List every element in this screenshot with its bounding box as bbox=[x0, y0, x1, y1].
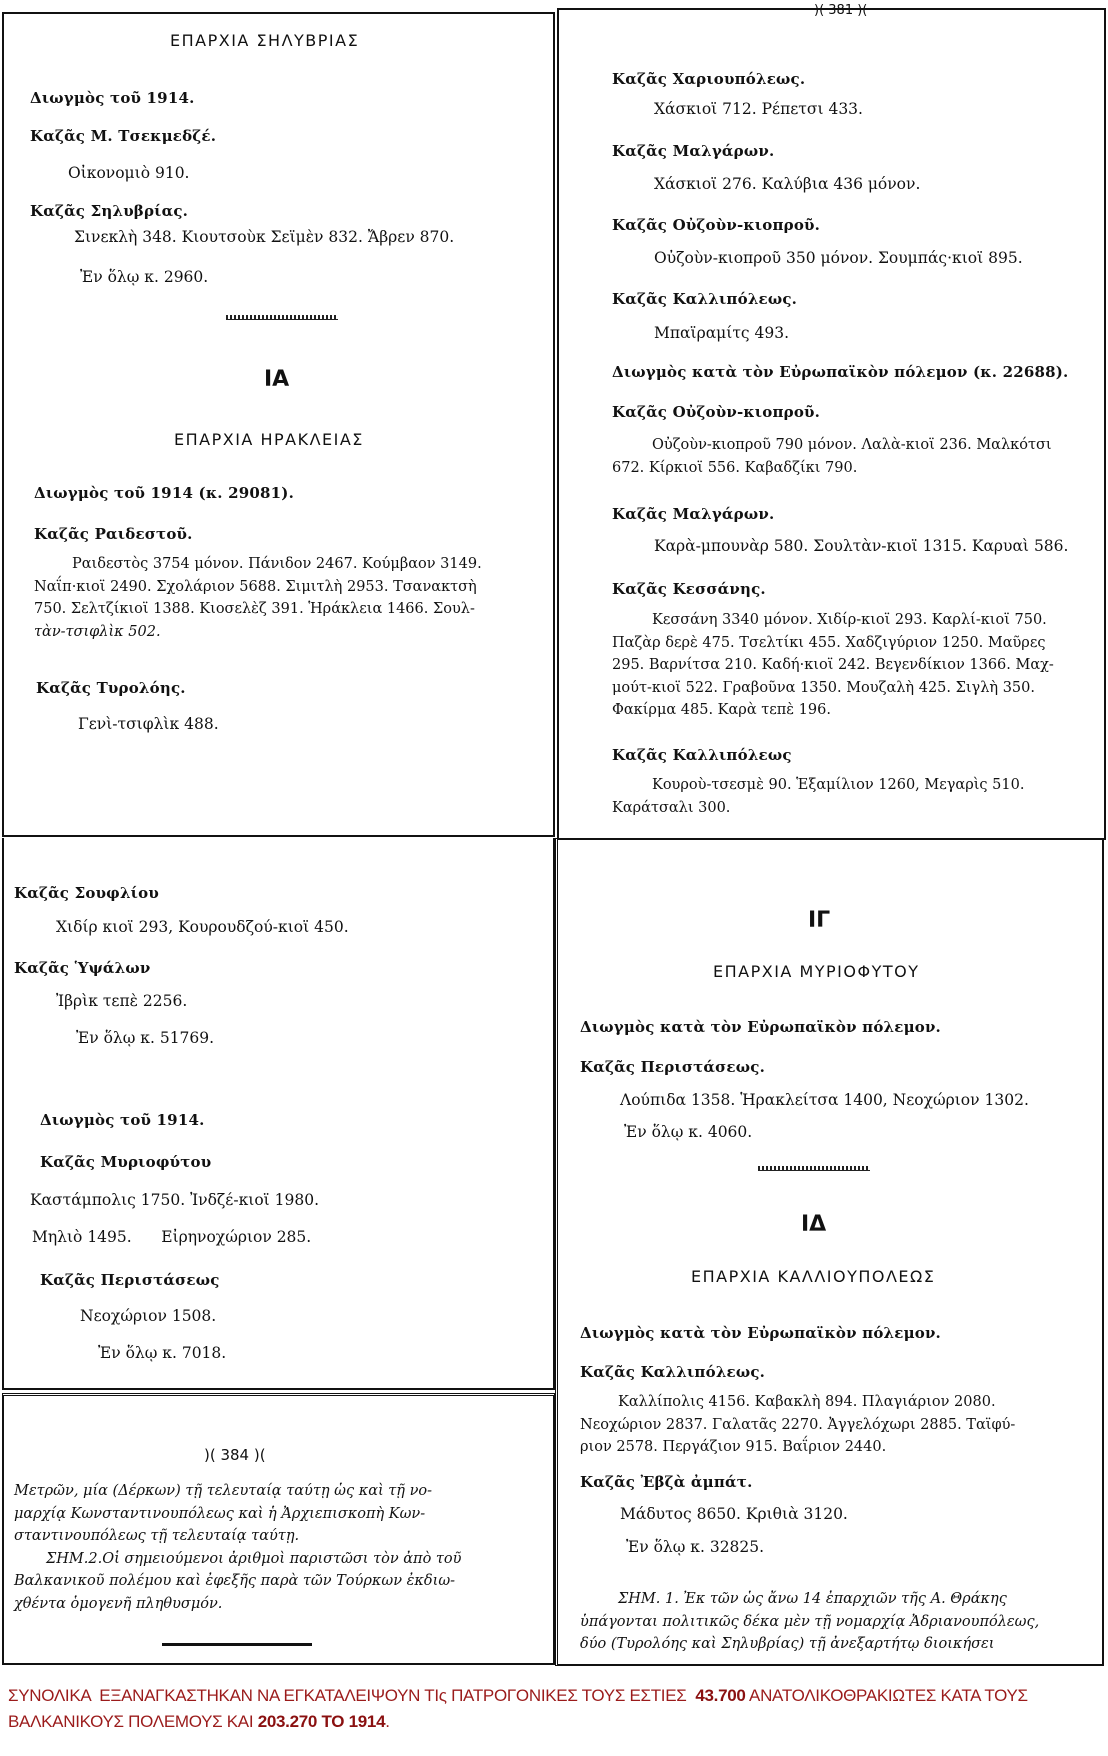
kaza-heading: Καζᾶς Σηλυβρίας. bbox=[30, 201, 188, 221]
kaza-heading: Καζᾶς Σουφλίου bbox=[14, 883, 159, 903]
caption-number-balkan: 43.700 bbox=[695, 1686, 745, 1705]
kaza-heading: Καζᾶς Ἐβζὰ ἀμπάτ. bbox=[580, 1472, 753, 1492]
caption-number-1914: 203.270 ΤΟ 1914 bbox=[258, 1712, 386, 1731]
kaza-villages: Σινεκλὴ 348. Κιουτσοὺκ Σεϊμὲν 832. Ἄβρεν… bbox=[74, 227, 454, 247]
section-numeral: ΙΔ bbox=[801, 1212, 826, 1237]
summary-caption: ΣΥΝΟΛΙΚΑ ΕΞΑΝΑΓΚΑΣΤΗΚΑΝ ΝΑ ΕΓΚΑΤΑΛΕΙΨΟΥΝ… bbox=[8, 1683, 1103, 1735]
persecution-heading: Διωγμὸς κατὰ τὸν Εὐρωπαϊκὸν πόλεμον. bbox=[580, 1323, 941, 1343]
kaza-heading: Καζᾶς Χαριουπόλεως. bbox=[612, 69, 805, 89]
page-number: )( 384 )( bbox=[204, 1446, 266, 1464]
persecution-heading: Διωγμὸς τοῦ 1914. bbox=[30, 88, 195, 108]
kaza-villages: Χάσκιοϊ 276. Καλύβια 436 μόνον. bbox=[654, 174, 920, 194]
eparchy-title-kallioupolis: ΕΠΑΡΧΙΑ ΚΑΛΛΙΟΥΠΟΛΕΩΣ bbox=[691, 1267, 935, 1286]
kaza-heading: Καζᾶς Μ. Τσεκμεδζέ. bbox=[30, 126, 216, 146]
kaza-villages: Μπαϊραμίτς 493. bbox=[654, 323, 789, 343]
kaza-villages: Γενὶ-τσιφλὶκ 488. bbox=[78, 714, 219, 734]
kaza-villages: Οἰκονομιὸ 910. bbox=[68, 163, 189, 183]
panel-bottom-right: ΙΓ ΕΠΑΡΧΙΑ ΜΥΡΙΟΦΥΤΟΥ Διωγμὸς κατὰ τὸν Ε… bbox=[555, 838, 1104, 1666]
kaza-heading: Καζᾶς Οὐζοὺν-κιοπροῦ. bbox=[612, 402, 820, 422]
kaza-heading: Καζᾶς Τυρολόης. bbox=[36, 678, 186, 698]
divider-wavy bbox=[758, 1166, 870, 1171]
eparchy-title-silyvria: ΕΠΑΡΧΙΑ ΣΗΛΥΒΡΙΑΣ bbox=[170, 31, 359, 50]
kaza-heading: Καζᾶς Καλλιπόλεως. bbox=[580, 1362, 765, 1382]
section-numeral: ΙΑ bbox=[264, 367, 289, 392]
persecution-heading: Διωγμὸς κατὰ τὸν Εὐρωπαϊκὸν πόλεμον. bbox=[580, 1017, 941, 1037]
page-number: )( 381 )( bbox=[814, 3, 867, 18]
total-count: Ἐν ὅλῳ κ. 51769. bbox=[76, 1028, 214, 1048]
panel-silyvria-iraklia: ΕΠΑΡΧΙΑ ΣΗΛΥΒΡΙΑΣ Διωγμὸς τοῦ 1914. Καζᾶ… bbox=[2, 12, 555, 837]
caption-text: . bbox=[385, 1712, 389, 1731]
kaza-heading: Καζᾶς Μυριοφύτου bbox=[40, 1152, 211, 1172]
section-numeral: ΙΓ bbox=[808, 908, 830, 933]
kaza-villages: Κουροὺ-τσεσμὲ 90. Ἑξαμίλιον 1260, Μεγαρὶ… bbox=[612, 774, 1024, 819]
kaza-heading: Καζᾶς Μαλγάρων. bbox=[612, 504, 774, 524]
kaza-heading: Καζᾶς Ὑψάλων bbox=[14, 958, 150, 978]
kaza-heading: Καζᾶς Περιστάσεως. bbox=[580, 1057, 765, 1077]
kaza-villages: Καλλίπολις 4156. Καβακλὴ 894. Πλαγιάριον… bbox=[580, 1391, 1015, 1459]
divider-wavy bbox=[226, 315, 338, 320]
footnote-paragraph: ΣΗΜ. 1. Ἐκ τῶν ὡς ἄνω 14 ἐπαρχιῶν τῆς Α.… bbox=[580, 1588, 1039, 1656]
kaza-heading: Καζᾶς Οὐζοὺν-κιοπροῦ. bbox=[612, 215, 820, 235]
panel-bottom-left: )( 384 )( Μετρῶν, μία (Δέρκων) τῇ τελευτ… bbox=[2, 1393, 555, 1665]
divider-rule bbox=[162, 1643, 312, 1646]
kaza-heading: Καζᾶς Καλλιπόλεως bbox=[612, 745, 792, 765]
footnote-paragraph: Μετρῶν, μία (Δέρκων) τῇ τελευταίᾳ ταύτῃ … bbox=[14, 1480, 461, 1615]
kaza-villages: Μάδυτος 8650. Κριθιὰ 3120. bbox=[620, 1504, 848, 1524]
persecution-heading: Διωγμὸς κατὰ τὸν Εὐρωπαϊκὸν πόλεμον (κ. … bbox=[612, 362, 1068, 382]
kaza-villages: Οὐζοὺν-κιοπροῦ 790 μόνον. Λαλὰ-κιοϊ 236.… bbox=[612, 434, 1052, 479]
kaza-heading: Καζᾶς Καλλιπόλεως. bbox=[612, 289, 797, 309]
panel-top-right: )( 381 )( Καζᾶς Χαριουπόλεως. Χάσκιοϊ 71… bbox=[557, 8, 1106, 840]
kaza-villages: Χιδίρ κιοϊ 293, Κουρουδζού-κιοϊ 450. bbox=[56, 917, 349, 937]
total-count: Ἐν ὅλῳ κ. 32825. bbox=[626, 1537, 764, 1557]
kaza-villages: Νεοχώριον 1508. bbox=[80, 1306, 216, 1326]
kaza-heading: Καζᾶς Μαλγάρων. bbox=[612, 141, 774, 161]
total-count: Ἐν ὅλῳ κ. 2960. bbox=[80, 267, 208, 287]
total-count: Ἐν ὅλῳ κ. 4060. bbox=[624, 1122, 752, 1142]
kaza-heading: Καζᾶς Ραιδεστοῦ. bbox=[34, 524, 193, 544]
persecution-heading: Διωγμὸς τοῦ 1914 (κ. 29081). bbox=[34, 483, 294, 503]
kaza-villages: Ραιδεστὸς 3754 μόνον. Πάνιδον 2467. Κούμ… bbox=[34, 553, 482, 643]
kaza-villages: Ἰβρὶκ τεπὲ 2256. bbox=[56, 991, 187, 1011]
kaza-villages: Οὐζοὺν-κιοπροῦ 350 μόνον. Σουμπάς·κιοϊ 8… bbox=[654, 248, 1023, 268]
kaza-heading: Καζᾶς Κεσσάνης. bbox=[612, 579, 766, 599]
caption-text: ΣΥΝΟΛΙΚΑ ΕΞΑΝΑΓΚΑΣΤΗΚΑΝ ΝΑ ΕΓΚΑΤΑΛΕΙΨΟΥΝ… bbox=[8, 1686, 695, 1705]
persecution-heading: Διωγμὸς τοῦ 1914. bbox=[40, 1110, 205, 1130]
panel-mid-left: Καζᾶς Σουφλίου Χιδίρ κιοϊ 293, Κουρουδζο… bbox=[2, 838, 555, 1390]
eparchy-title-iraklia: ΕΠΑΡΧΙΑ ΗΡΑΚΛΕΙΑΣ bbox=[174, 430, 364, 449]
kaza-villages: Καρὰ-μπουνὰρ 580. Σουλτὰν-κιοϊ 1315. Καρ… bbox=[654, 536, 1068, 556]
total-count: Ἐν ὅλῳ κ. 7018. bbox=[98, 1343, 226, 1363]
kaza-villages: Λούπιδα 1358. Ἡρακλείτσα 1400, Νεοχώριον… bbox=[620, 1090, 1029, 1110]
kaza-heading: Καζᾶς Περιστάσεως bbox=[40, 1270, 220, 1290]
eparchy-title-myriofyto: ΕΠΑΡΧΙΑ ΜΥΡΙΟΦΥΤΟΥ bbox=[713, 962, 920, 981]
kaza-villages: Κεσσάνη 3340 μόνον. Χιδίρ-κιοϊ 293. Καρλ… bbox=[612, 609, 1054, 722]
kaza-villages: Μηλιὸ 1495. Εἰρηνοχώριον 285. bbox=[32, 1227, 311, 1247]
kaza-villages: Χάσκιοϊ 712. Ρέπετσι 433. bbox=[654, 99, 863, 119]
kaza-villages: Καστάμπολις 1750. Ἰνδζέ-κιοϊ 1980. bbox=[30, 1190, 319, 1210]
